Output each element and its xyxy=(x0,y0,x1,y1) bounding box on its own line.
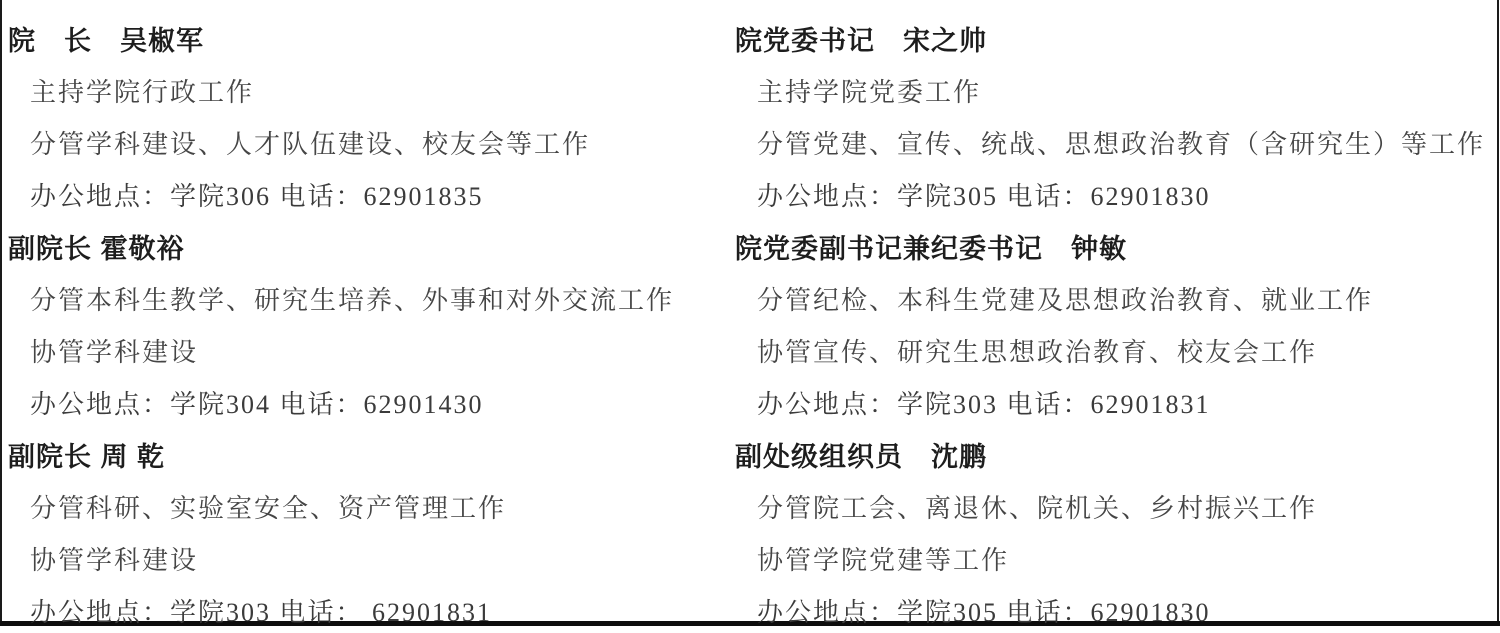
duty-line: 协管学科建设 xyxy=(8,532,723,584)
duty-line: 分管学科建设、人才队伍建设、校友会等工作 xyxy=(8,116,723,168)
right-column: 院党委书记 宋之帅 主持学院党委工作 分管党建、宣传、统战、思想政治教育（含研究… xyxy=(735,12,1495,633)
left-column: 院 长 吴椒军 主持学院行政工作 分管学科建设、人才队伍建设、校友会等工作 办公… xyxy=(8,12,723,633)
duty-line: 主持学院党委工作 xyxy=(735,64,1495,116)
duty-line: 分管纪检、本科生党建及思想政治教育、就业工作 xyxy=(735,272,1495,324)
office-line: 办公地点：学院305 电话：62901830 xyxy=(735,584,1495,633)
duty-line: 协管学科建设 xyxy=(8,324,723,376)
office-line: 办公地点：学院306 电话：62901835 xyxy=(8,168,723,220)
right-border-line xyxy=(1497,0,1499,626)
duty-line: 协管学院党建等工作 xyxy=(735,532,1495,584)
leader-title: 院党委书记 宋之帅 xyxy=(735,12,1495,64)
leader-title: 院党委副书记兼纪委书记 钟敏 xyxy=(735,220,1495,272)
duty-line: 分管科研、实验室安全、资产管理工作 xyxy=(8,480,723,532)
leadership-document-page: 院 长 吴椒军 主持学院行政工作 分管学科建设、人才队伍建设、校友会等工作 办公… xyxy=(0,0,1500,633)
office-line: 办公地点：学院305 电话：62901830 xyxy=(735,168,1495,220)
duty-line: 协管宣传、研究生思想政治教育、校友会工作 xyxy=(735,324,1495,376)
office-line: 办公地点：学院304 电话：62901430 xyxy=(8,376,723,428)
duty-line: 分管院工会、离退休、院机关、乡村振兴工作 xyxy=(735,480,1495,532)
duty-line: 分管党建、宣传、统战、思想政治教育（含研究生）等工作 xyxy=(735,116,1495,168)
leader-title: 副院长 霍敬裕 xyxy=(8,220,723,272)
leader-title: 副院长 周 乾 xyxy=(8,428,723,480)
leader-title: 副处级组织员 沈鹏 xyxy=(735,428,1495,480)
office-line: 办公地点：学院303 电话：62901831 xyxy=(735,376,1495,428)
left-border-line xyxy=(0,0,2,626)
duty-line: 主持学院行政工作 xyxy=(8,64,723,116)
duty-line: 分管本科生教学、研究生培养、外事和对外交流工作 xyxy=(8,272,723,324)
office-line: 办公地点：学院303 电话： 62901831 xyxy=(8,584,723,633)
leader-title: 院 长 吴椒军 xyxy=(8,12,723,64)
